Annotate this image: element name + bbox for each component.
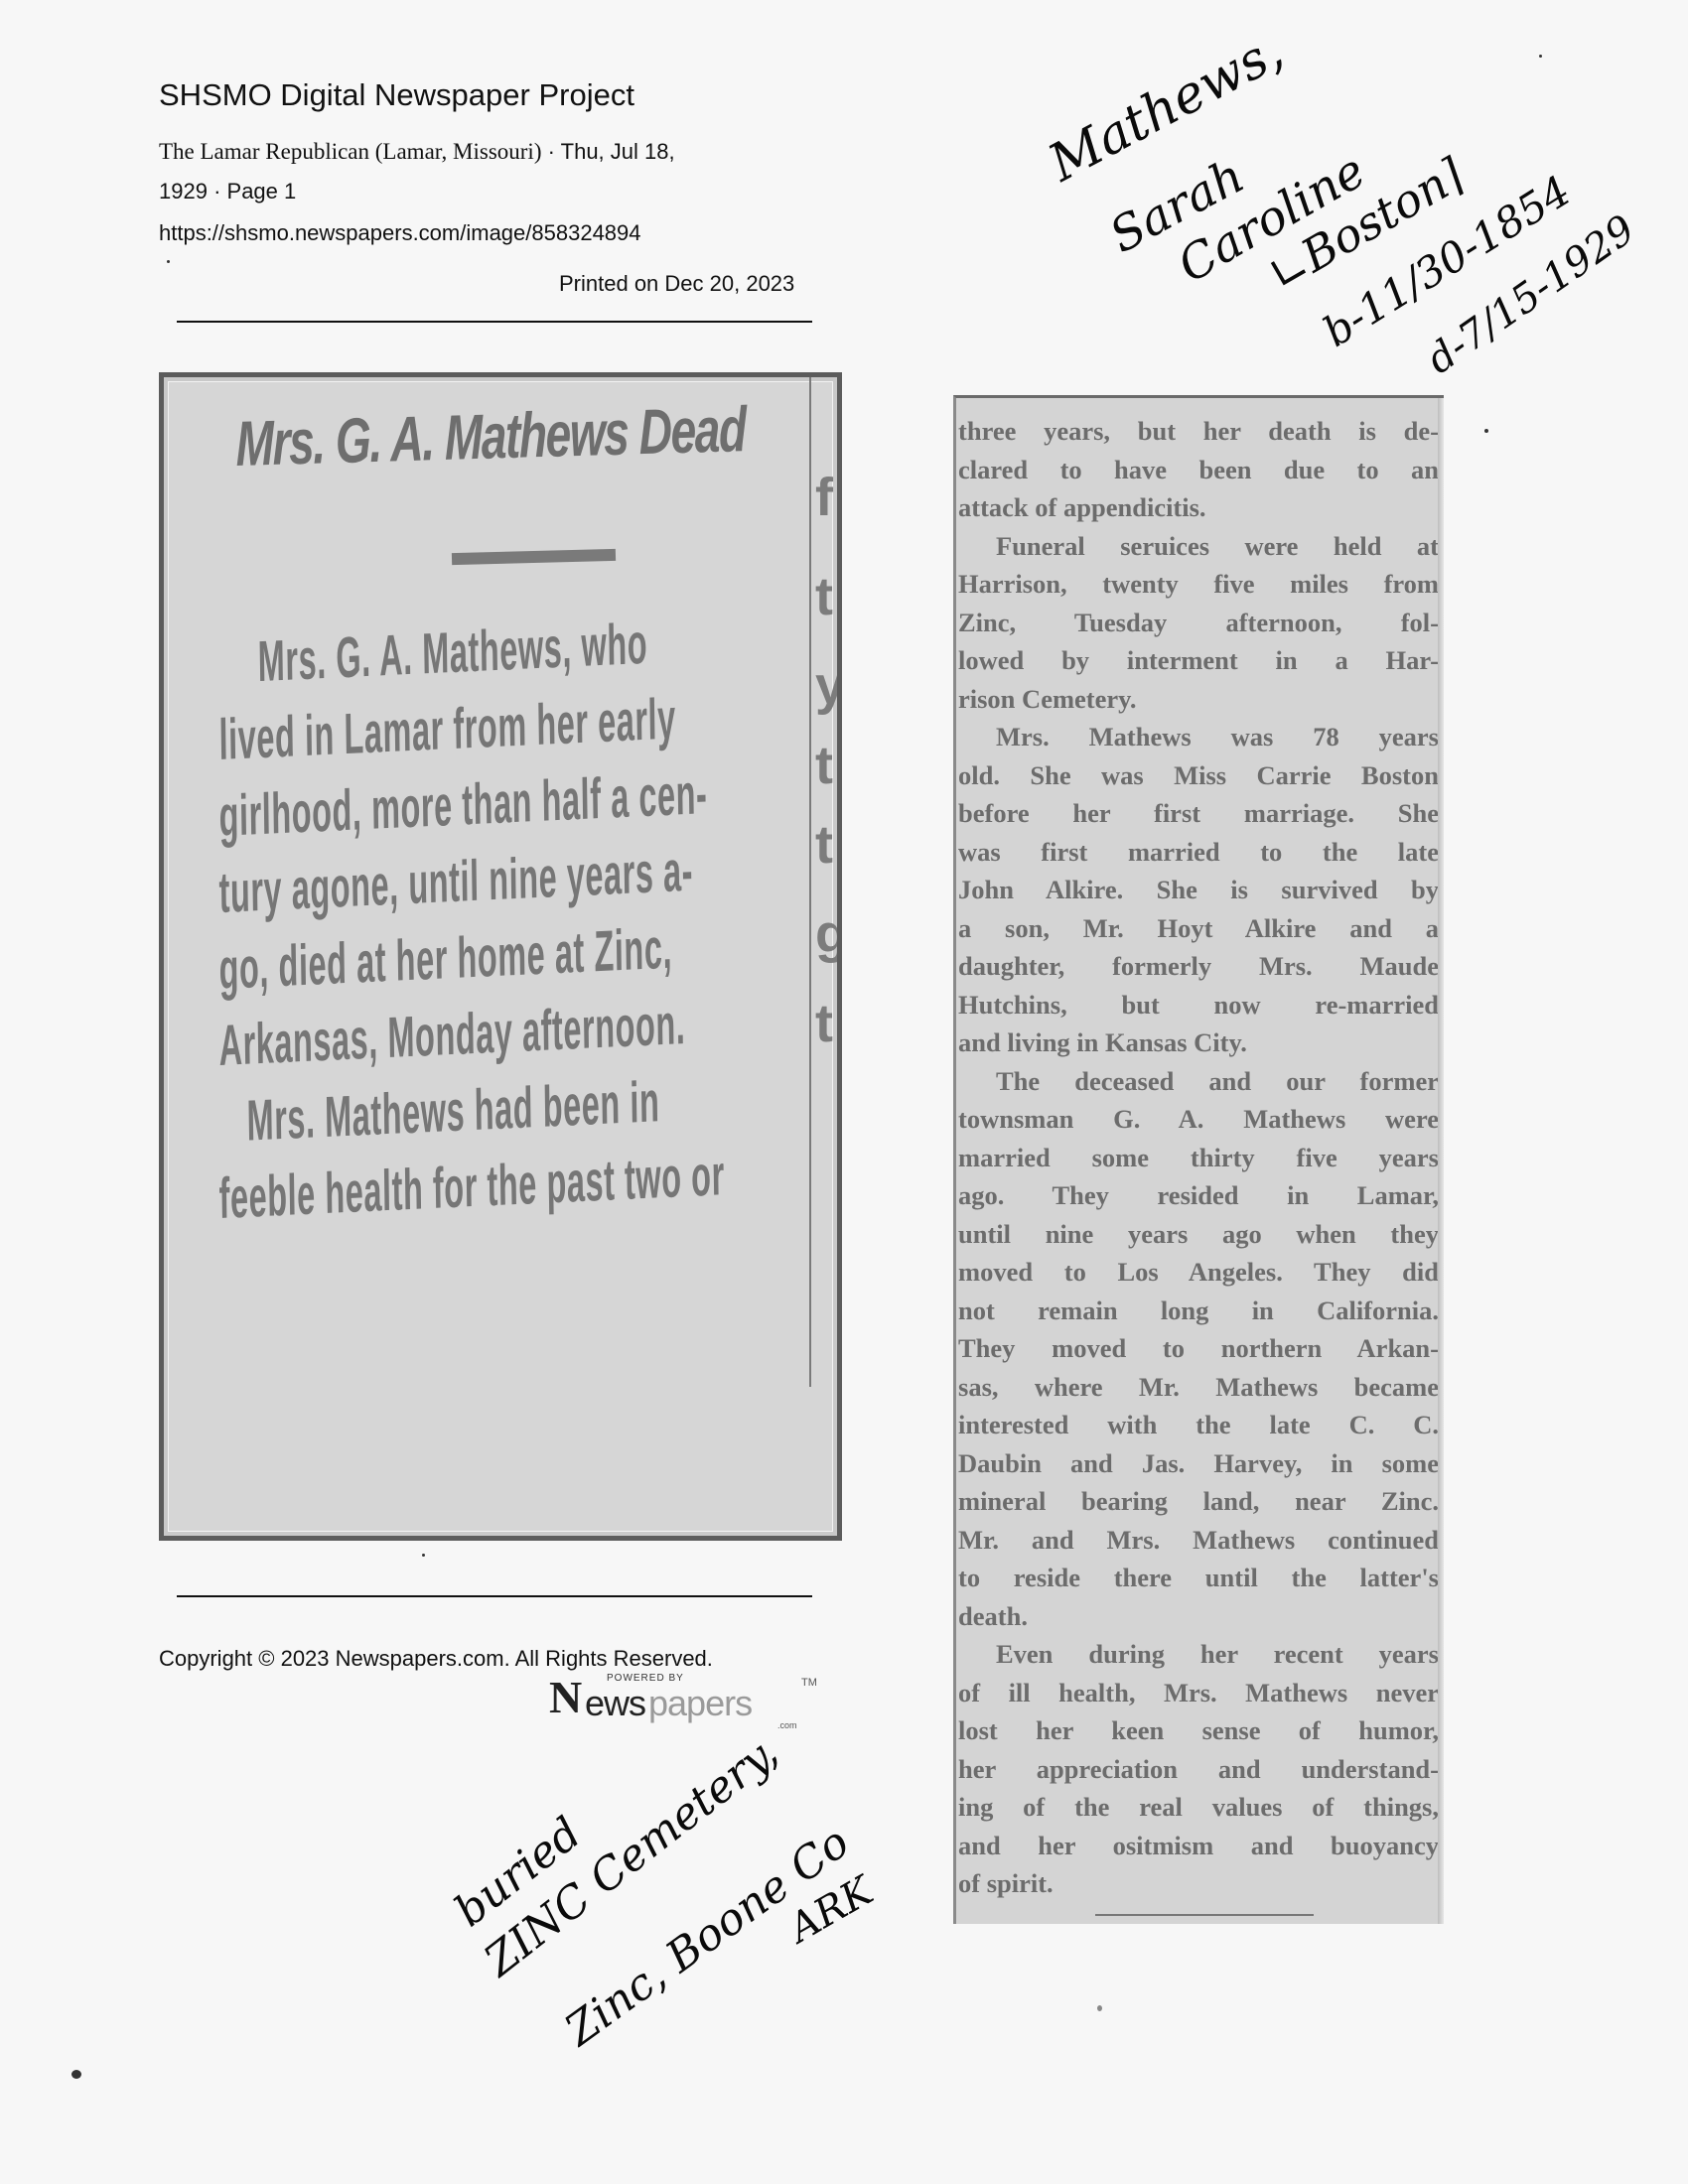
fragment-letter: t: [815, 566, 833, 627]
article-body-right: three years, but her death is de- clared…: [958, 412, 1439, 1903]
article-line: feeble health for the past two or: [218, 1145, 553, 1237]
project-title: SHSMO Digital Newspaper Project: [159, 77, 634, 113]
article-line: a son, Mr. Hoyt Alkire and a: [958, 909, 1439, 948]
logo-com: .com: [777, 1720, 797, 1730]
handwritten-surname: Mathews,: [1040, 21, 1293, 194]
article-line: Hutchins, but now re-married: [958, 986, 1439, 1024]
article-line: ing of the real values of things,: [958, 1788, 1439, 1827]
publication-year-page: 1929 · Page 1: [159, 179, 296, 205]
column-rule: [809, 377, 811, 1387]
article-line: Funeral seruices were held at: [958, 527, 1439, 566]
article-line: death.: [958, 1597, 1439, 1636]
article-line: John Alkire. She is survived by: [958, 871, 1439, 909]
divider-top: [177, 321, 812, 323]
fragment-letter: y: [815, 655, 842, 717]
clipping-end-rule: [1095, 1914, 1314, 1916]
adjacent-column-fragment: f t y t t g t: [815, 377, 842, 1536]
article-line: to reside there until the latter's: [958, 1559, 1439, 1597]
article-line: mineral bearing land, near Zinc.: [958, 1482, 1439, 1521]
logo-trademark: TM: [801, 1677, 817, 1689]
logo-n: N: [549, 1671, 582, 1723]
fragment-letter: f: [815, 467, 833, 528]
article-line: lost her keen sense of humor,: [958, 1711, 1439, 1750]
page-number: Page 1: [227, 179, 297, 204]
article-line: until nine years ago when they: [958, 1215, 1439, 1254]
speck: [1484, 429, 1488, 433]
speck: [1539, 55, 1542, 58]
article-line: Even during her recent years: [958, 1635, 1439, 1674]
clipping-edge: [1438, 398, 1444, 1924]
article-line: The deceased and our former: [958, 1062, 1439, 1101]
article-line: married some thirty five years: [958, 1139, 1439, 1177]
publication-line: The Lamar Republican (Lamar, Missouri) ·…: [159, 139, 675, 165]
article-line: Mr. and Mrs. Mathews continued: [958, 1521, 1439, 1560]
article-headline: Mrs. G. A. Mathews Dead: [235, 395, 636, 480]
separator: ·: [208, 179, 227, 204]
clipping-right: three years, but her death is de- clared…: [953, 395, 1444, 1924]
logo-papers: papers: [648, 1683, 752, 1724]
fragment-letter: t: [815, 735, 833, 796]
article-line: was first married to the late: [958, 833, 1439, 872]
article-line: and living in Kansas City.: [958, 1024, 1439, 1062]
article-line: daughter, formerly Mrs. Maude: [958, 947, 1439, 986]
clipping-left: Mrs. G. A. Mathews Dead Mrs. G. A. Mathe…: [159, 372, 842, 1541]
article-line: of ill health, Mrs. Mathews never: [958, 1674, 1439, 1712]
fragment-letter: t: [815, 814, 833, 876]
fragment-letter: g: [815, 903, 842, 965]
article-line: Zinc, Tuesday afternoon, fol-: [958, 604, 1439, 642]
speck: [422, 1554, 425, 1557]
divider-bottom: [177, 1595, 812, 1597]
speck: [1097, 2005, 1102, 2011]
copyright-notice: Copyright © 2023 Newspapers.com. All Rig…: [159, 1646, 713, 1672]
article-line: old. She was Miss Carrie Boston: [958, 756, 1439, 795]
speck: [167, 260, 170, 263]
article-line: lowed by interment in a Har-: [958, 641, 1439, 680]
article-line: clared to have been due to an: [958, 451, 1439, 489]
publication-year: 1929: [159, 179, 208, 204]
article-line: three years, but her death is de-: [958, 412, 1439, 451]
article-line: of spirit.: [958, 1864, 1439, 1903]
ink-blot: [71, 2070, 81, 2079]
separator: ·: [541, 139, 560, 164]
article-line: her appreciation and understand-: [958, 1750, 1439, 1789]
article-line: Harrison, twenty five miles from: [958, 565, 1439, 604]
source-url[interactable]: https://shsmo.newspapers.com/image/85832…: [159, 220, 641, 246]
article-line: townsman G. A. Mathews were: [958, 1100, 1439, 1139]
fragment-letter: t: [815, 993, 833, 1054]
article-line: rison Cemetery.: [958, 680, 1439, 719]
article-line: Daubin and Jas. Harvey, in some: [958, 1444, 1439, 1483]
publication-name: The Lamar Republican (Lamar, Missouri): [159, 139, 541, 164]
newspapers-logo: N POWERED BY ews papers TM .com: [549, 1671, 827, 1730]
article-line: not remain long in California.: [958, 1292, 1439, 1330]
article-line: attack of appendicitis.: [958, 488, 1439, 527]
article-line: interested with the late C. C.: [958, 1406, 1439, 1444]
article-line: ago. They resided in Lamar,: [958, 1176, 1439, 1215]
printed-date: Printed on Dec 20, 2023: [559, 271, 794, 297]
article-line: and her ositmism and buoyancy: [958, 1827, 1439, 1865]
article-line: sas, where Mr. Mathews became: [958, 1368, 1439, 1407]
publication-date: Thu, Jul 18,: [561, 139, 675, 164]
logo-ews: ews: [585, 1683, 645, 1724]
article-body-left: Mrs. G. A. Mathews, who lived in Lamar f…: [218, 625, 814, 1237]
article-line: before her first marriage. She: [958, 794, 1439, 833]
article-line: They moved to northern Arkan-: [958, 1329, 1439, 1368]
article-line: moved to Los Angeles. They did: [958, 1253, 1439, 1292]
article-line: Mrs. Mathews was 78 years: [958, 718, 1439, 756]
